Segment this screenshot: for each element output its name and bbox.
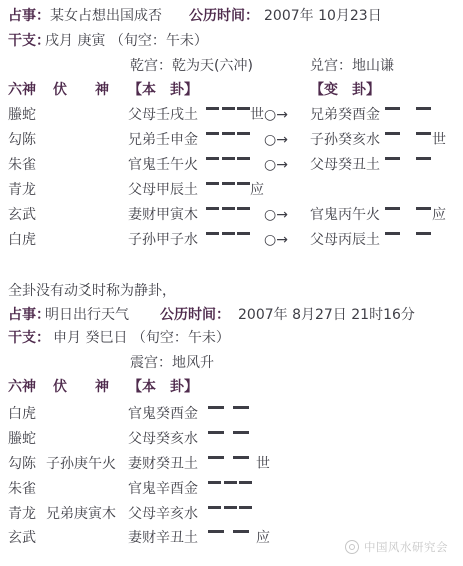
changed-line-symbol xyxy=(385,232,431,235)
hexagram2-row: 白虎 官鬼癸酉金 xyxy=(0,406,463,426)
changed-line-name: 子孙癸亥水 xyxy=(310,132,380,149)
original-line-name: 妻财辛丑土 xyxy=(128,530,198,547)
moving-line-arrow: ○→ xyxy=(264,107,288,124)
moving-line-arrow: ○→ xyxy=(264,132,288,149)
original-line-symbol xyxy=(208,431,249,434)
original-line-name: 子孙甲子水 xyxy=(128,232,198,249)
moving-line-arrow: ○→ xyxy=(264,157,288,174)
six-god-label: 白虎 xyxy=(8,406,36,423)
changed-line-symbol xyxy=(385,107,431,110)
original-line-name: 妻财癸丑土 xyxy=(128,456,198,473)
moving-line-arrow: ○→ xyxy=(264,207,288,224)
original-line-name: 父母壬戌土 xyxy=(128,107,198,124)
s2-column-header-row: 六神 伏 神 【本 卦】 xyxy=(0,379,463,399)
original-line-symbol xyxy=(208,406,249,409)
fengshui-compass-logo-icon xyxy=(345,540,359,554)
shi-ying-marker: 应 xyxy=(256,530,270,547)
watermark: 中国风水研究会 xyxy=(345,538,448,556)
six-god-label: 勾陈 xyxy=(8,132,36,149)
hidden-spirit-name: 子孙庚午火 xyxy=(46,456,116,473)
original-line-name: 官鬼辛酉金 xyxy=(128,481,198,498)
s1-column-header-row: 六神 伏 神 【本 卦】 【变 卦】 xyxy=(0,82,463,102)
six-god-label: 朱雀 xyxy=(8,481,36,498)
s2-palace-row: 震宫：地风升 xyxy=(0,355,463,375)
original-line-symbol xyxy=(206,107,250,110)
original-line-symbol xyxy=(208,506,252,509)
original-line-symbol xyxy=(208,530,249,533)
original-line-symbol xyxy=(206,232,250,235)
six-god-label: 青龙 xyxy=(8,182,36,199)
original-line-name: 父母癸亥水 xyxy=(128,431,198,448)
original-line-name: 父母辛亥水 xyxy=(128,506,198,523)
changed-line-symbol xyxy=(385,207,431,210)
s1-col-six-gods: 六神 xyxy=(8,82,36,99)
s1-ganzhi-row: 干支： 戌月 庚寅 （旬空：午未） xyxy=(0,33,463,53)
changed-line-symbol xyxy=(385,157,431,160)
original-line-name: 兄弟壬申金 xyxy=(128,132,198,149)
hexagram1-row: 螣蛇 父母壬戌土 世 ○→ 兄弟癸酉金 xyxy=(0,107,463,127)
s2-original-palace: 震宫：地风升 xyxy=(130,355,214,372)
s1-ganzhi-label: 干支： xyxy=(8,33,50,50)
changed-line-name: 官鬼丙午火 xyxy=(310,207,380,224)
shi-ying-marker: 世 xyxy=(256,456,270,473)
original-line-name: 官鬼癸酉金 xyxy=(128,406,198,423)
s1-topic-row: 占事： 某女占想出国成否 公历时间： 2007年 10月23日 xyxy=(0,8,463,28)
s1-original-palace: 乾宫：乾为天(六冲) xyxy=(130,58,253,75)
s1-col-original-hexagram: 【本 卦】 xyxy=(128,82,198,99)
hexagram2-row: 朱雀 官鬼辛酉金 xyxy=(0,481,463,501)
s1-col-hidden-shen: 神 xyxy=(95,82,109,99)
original-line-symbol xyxy=(208,481,252,484)
s1-col-hidden-fu: 伏 xyxy=(53,82,67,99)
six-god-label: 朱雀 xyxy=(8,157,36,174)
hexagram2-row: 青龙 兄弟庚寅木 父母辛亥水 xyxy=(0,506,463,526)
changed-line-name: 父母丙辰土 xyxy=(310,232,380,249)
s2-col-hidden-shen: 神 xyxy=(95,379,109,396)
hidden-spirit-name: 兄弟庚寅木 xyxy=(46,506,116,523)
original-line-symbol xyxy=(206,132,250,135)
six-god-label: 玄武 xyxy=(8,207,36,224)
s1-col-changed-hexagram: 【变 卦】 xyxy=(310,82,380,99)
original-line-name: 父母甲辰土 xyxy=(128,182,198,199)
hexagram1-row: 青龙 父母甲辰土 应 xyxy=(0,182,463,202)
original-line-name: 妻财甲寅木 xyxy=(128,207,198,224)
original-line-name: 官鬼壬午火 xyxy=(128,157,198,174)
original-line-symbol xyxy=(206,182,250,185)
hexagram1-row: 白虎 子孙甲子水 ○→ 父母丙辰土 xyxy=(0,232,463,252)
hexagram2-row: 螣蛇 父母癸亥水 xyxy=(0,431,463,451)
s2-col-original-hexagram: 【本 卦】 xyxy=(128,379,198,396)
divination-chart-page: 占事： 某女占想出国成否 公历时间： 2007年 10月23日 干支： 戌月 庚… xyxy=(0,0,463,566)
s1-topic-label: 占事： xyxy=(8,8,50,25)
hexagram1-row: 朱雀 官鬼壬午火 ○→ 父母癸丑土 xyxy=(0,157,463,177)
six-god-label: 勾陈 xyxy=(8,456,36,473)
original-line-symbol xyxy=(206,157,250,160)
s2-topic-label: 占事： xyxy=(8,307,50,324)
changed-line-symbol xyxy=(385,132,431,135)
s1-solar-time-value: 2007年 10月23日 xyxy=(264,8,382,25)
static-hexagram-note-row: 全卦没有动爻时称为静卦， xyxy=(0,283,463,303)
shi-ying-marker: 世 xyxy=(250,107,264,124)
s1-ganzhi-value: 戌月 庚寅 （旬空：午未） xyxy=(45,33,208,50)
s2-ganzhi-row: 干支： 申月 癸巳日 （旬空：午未） xyxy=(0,330,463,350)
shi-ying-marker: 应 xyxy=(250,182,264,199)
moving-line-arrow: ○→ xyxy=(264,232,288,249)
changed-shi-ying-marker: 应 xyxy=(432,207,446,224)
hexagram1-row: 勾陈 兄弟壬申金 ○→ 子孙癸亥水 世 xyxy=(0,132,463,152)
six-god-label: 青龙 xyxy=(8,506,36,523)
s1-solar-time-label: 公历时间： xyxy=(189,8,259,25)
s2-topic-row: 占事： 明日出行天气 公历时间： 2007年 8月27日 21时16分 xyxy=(0,307,463,327)
changed-shi-ying-marker: 世 xyxy=(432,132,446,149)
hexagram1-row: 玄武 妻财甲寅木 ○→ 官鬼丙午火 应 xyxy=(0,207,463,227)
six-god-label: 玄武 xyxy=(8,530,36,547)
s2-topic-value: 明日出行天气 xyxy=(45,307,129,324)
s2-col-hidden-fu: 伏 xyxy=(53,379,67,396)
six-god-label: 螣蛇 xyxy=(8,107,36,124)
original-line-symbol xyxy=(206,207,250,210)
static-hexagram-note: 全卦没有动爻时称为静卦， xyxy=(8,283,176,300)
s1-topic-value: 某女占想出国成否 xyxy=(50,8,162,25)
s1-changed-palace: 兑宫：地山谦 xyxy=(310,58,394,75)
s2-col-six-gods: 六神 xyxy=(8,379,36,396)
s2-solar-time-label: 公历时间： xyxy=(160,307,230,324)
changed-line-name: 父母癸丑土 xyxy=(310,157,380,174)
changed-line-name: 兄弟癸酉金 xyxy=(310,107,380,124)
s2-ganzhi-value: 申月 癸巳日 （旬空：午未） xyxy=(53,330,230,347)
hexagram2-row: 勾陈 子孙庚午火 妻财癸丑土 世 xyxy=(0,456,463,476)
original-line-symbol xyxy=(208,456,249,459)
six-god-label: 白虎 xyxy=(8,232,36,249)
s2-ganzhi-label: 干支： xyxy=(8,330,50,347)
s1-palace-row: 乾宫：乾为天(六冲) 兑宫：地山谦 xyxy=(0,58,463,78)
s2-solar-time-value: 2007年 8月27日 21时16分 xyxy=(238,307,415,324)
six-god-label: 螣蛇 xyxy=(8,431,36,448)
watermark-text: 中国风水研究会 xyxy=(364,539,448,555)
